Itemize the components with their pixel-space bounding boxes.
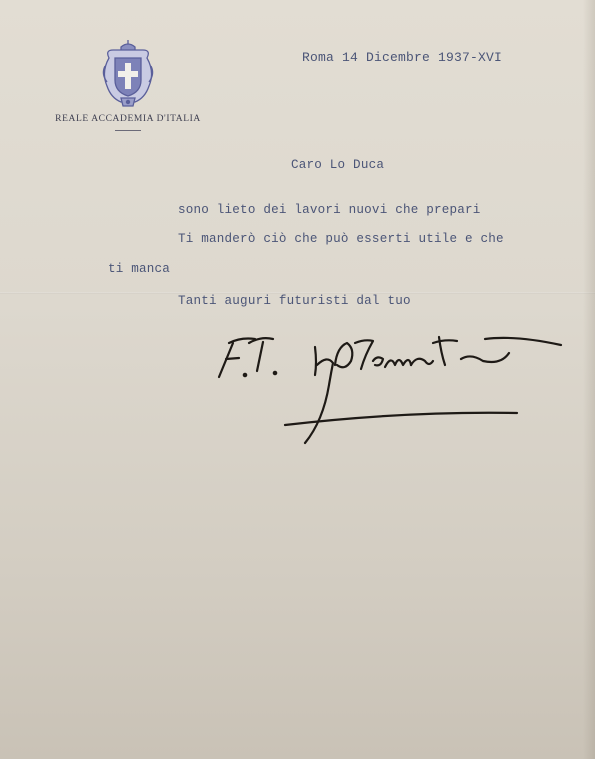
body-line: Ti manderò ciò che può esserti utile e c… xyxy=(178,232,504,246)
closing-line: Tanti auguri futuristi dal tuo xyxy=(178,294,411,308)
body-line: sono lieto dei lavori nuovi che prepari xyxy=(178,203,481,217)
dateline: Roma 14 Dicembre 1937-XVI xyxy=(302,50,502,65)
letter-paper: REALE ACCADEMIA D'ITALIA Roma 14 Dicembr… xyxy=(0,0,595,759)
handwritten-signature xyxy=(205,325,575,455)
letterhead-institution-name: REALE ACCADEMIA D'ITALIA xyxy=(50,114,206,124)
letterhead-rule xyxy=(115,130,141,131)
paper-edge-shadow xyxy=(583,0,595,759)
salutation: Caro Lo Duca xyxy=(291,158,384,172)
royal-crest-icon xyxy=(99,38,157,110)
body-line: ti manca xyxy=(108,262,170,276)
